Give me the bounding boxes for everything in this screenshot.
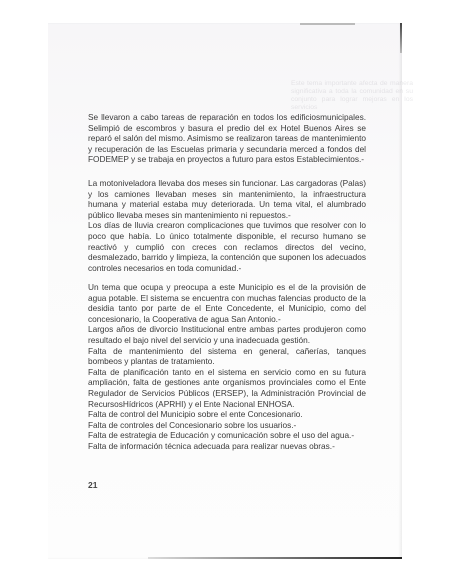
paragraph-line: Largos años de divorcio Institucional en… [88,324,366,345]
paragraph-line: Un tema que ocupa y preocupa a este Muni… [88,282,366,324]
bleed-through-text: Este tema importante afecta de manera si… [291,80,413,112]
paragraph-machinery: La motoniveladora llevaba dos meses sin … [88,178,366,273]
paragraph-line: Falta de mantenimiento del sistema en ge… [88,346,366,367]
paragraph-line: Falta de información técnica adecuada pa… [88,441,366,452]
paragraph-building-repairs: Se llevaron a cabo tareas de reparación … [88,112,366,165]
paragraph-line: Se llevaron a cabo tareas de reparación … [88,112,366,165]
paragraph-line: La motoniveladora llevaba dos meses sin … [88,178,366,220]
paragraph-line: Falta de estrategia de Educación y comun… [88,430,366,441]
page-edge-bottom [148,557,402,559]
paragraph-line: Falta de planificación tanto en el siste… [88,367,366,409]
paragraph-line: Falta de control del Municipio sobre el … [88,409,366,420]
paragraph-line: Falta de controles del Concesionario sob… [88,420,366,431]
page-edge-right [400,23,402,53]
paragraph-line: Los días de lluvia crearon complicacione… [88,220,366,273]
paragraph-water-supply: Un tema que ocupa y preocupa a este Muni… [88,282,366,452]
scanned-page: Este tema importante afecta de manera si… [48,23,402,559]
page-number: 21 [88,480,97,490]
page-top-shadow [300,23,355,25]
